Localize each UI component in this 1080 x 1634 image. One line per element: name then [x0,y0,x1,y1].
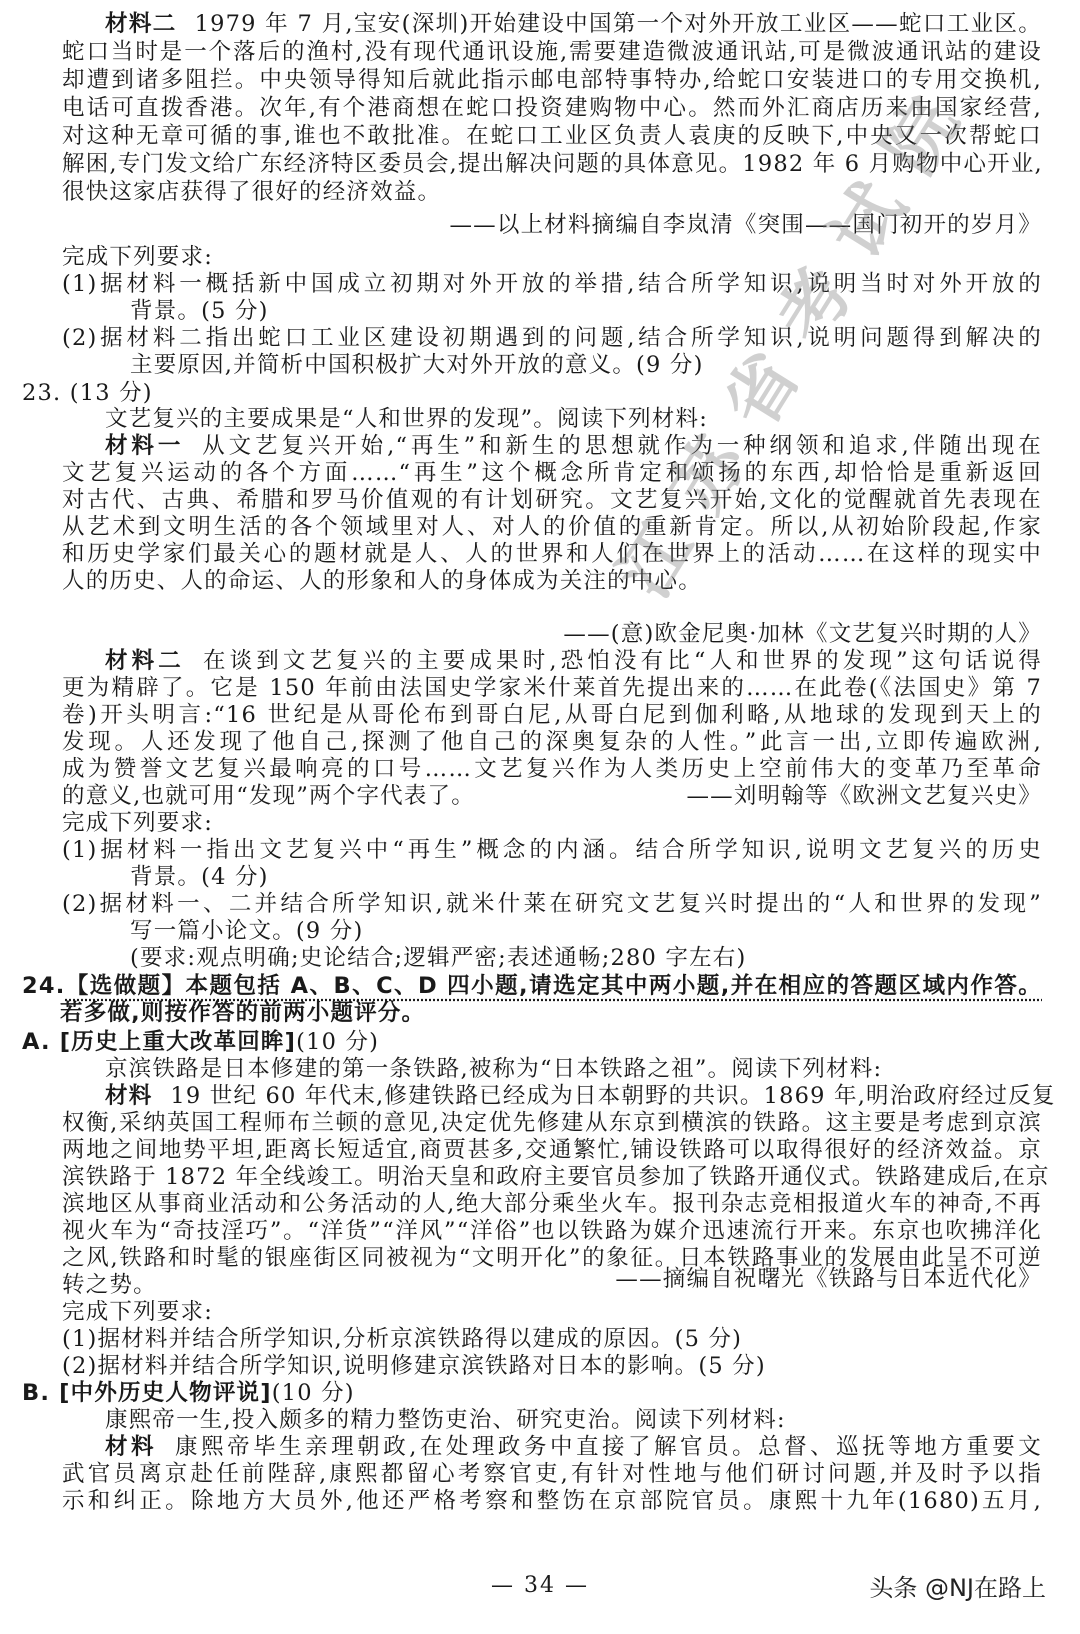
q24A-material-line: 滨地区从事商业活动和公务活动的人,绝大部分乘坐火车。报刊杂志竞相报道火车的神奇,… [62,1190,1042,1218]
q23-material2-line: 更为精辟了。它是 150 年前由法国史学家米什莱首先提出来的……在此卷(《法国史… [62,674,1042,702]
q23-header: 23. (13 分) [22,379,1042,407]
q23-req-1-cont: 背景。(4 分) [130,863,1042,891]
material-label: 材料 [105,1434,157,1460]
q23-material1-line: 对古代、古典、希腊和罗马价值观的有计划研究。文艺复兴开始,文化的觉醒就首先表现在 [62,486,1042,514]
q23-material2-line: 卷)开头明言:“16 世纪是从哥伦布到哥白尼,从哥白尼到伽利略,从地球的发现到天… [62,701,1042,729]
exam-page: 材料二1979 年 7 月,宝安(深圳)开始建设中国第一个对外开放工业区——蛇口… [0,0,1080,1634]
q23-material1-source: ——(意)欧金尼奥·加林《文艺复兴时期的人》 [62,620,1042,648]
q24A-material-line: 两地之间地势平坦,距离长短适宜,商贾甚多,交通繁忙,铺设铁路可以取得很好的经济效… [62,1136,1042,1164]
material-label: 材料二 [105,648,185,674]
q23-req-note: (要求:观点明确;史论结合;逻辑严密;表述通畅;280 字左右) [130,944,1042,972]
material-label: 材料一 [105,433,184,459]
q23-req-1: (1)据材料一指出文艺复兴中“再生”概念的内涵。结合所学知识,说明文艺复兴的历史 [62,836,1042,864]
q23-material1-line: 和历史学家们最关心的题材就是人、人的世界和人们在世界上的活动……在这样的现实中 [62,540,1042,568]
q24A-material-line: 权衡,采纳英国工程师布兰顿的意见,决定优先修建从东京到横滨的铁路。这主要是考虑到… [62,1109,1042,1137]
q23-requirements-intro: 完成下列要求: [62,809,1042,837]
material-label: 材料二 [105,11,177,37]
q23-req-2-cont: 写一篇小论文。(9 分) [130,917,1042,945]
q23-material1-line-1: 材料一从文艺复兴开始,“再生”和新生的思想就作为一种纲领和追求,伴随出现在 [105,432,1042,460]
q24A-req-1: (1)据材料并结合所学知识,分析京滨铁路得以建成的原因。(5 分) [62,1325,1042,1353]
q23-material1-line: 文艺复兴运动的各个方面……“再生”这个概念所肯定和颂扬的东西,却恰恰是重新返回 [62,459,1042,487]
q24B-intro: 康熙帝一生,投入颇多的精力整饬吏治、研究吏治。阅读下列材料: [105,1406,1042,1434]
q23-req-2: (2)据材料一、二并结合所学知识,就米什莱在研究文艺复兴时提出的“人和世界的发现… [62,890,1042,918]
q23-material2-line: 发现。人还发现了他自己,探测了他自己的深奥复杂的人性。”此言一出,立即传遍欧洲, [62,728,1042,756]
source-credit: 头条 @NJ在路上 [869,1568,1046,1603]
q24A-source: ——摘编自祝曙光《铁路与日本近代化》 [62,1265,1042,1293]
q23-material2-source: ——刘明翰等《欧洲文艺复兴史》 [62,782,1042,810]
q24A-title: A. [历史上重大改革回眸](10 分) [22,1028,1042,1056]
q22-material2-line-1: 材料二1979 年 7 月,宝安(深圳)开始建设中国第一个对外开放工业区——蛇口… [105,10,1042,38]
q23-intro: 文艺复兴的主要成果是“人和世界的发现”。阅读下列材料: [105,405,1042,433]
q24A-req-intro: 完成下列要求: [62,1298,1042,1326]
q24B-material-line: 示和纠正。除地方大员外,他还严格考察和整饬在京部院官员。康熙十九年(1680)五… [62,1487,1042,1515]
q24-header-line-1: 24.【选做题】本题包括 A、B、C、D 四小题,请选定其中两小题,并在相应的答… [22,972,1042,1000]
q24A-req-2: (2)据材料并结合所学知识,说明修建京滨铁路对日本的影响。(5 分) [62,1352,1042,1380]
q22-req-2: (2)据材料二指出蛇口工业区建设初期遇到的问题,结合所学知识,说明问题得到解决的 [62,324,1042,352]
q22-material2-line: 蛇口当时是一个落后的渔村,没有现代通讯设施,需要建造微波通讯站,可是微波通讯站的… [62,38,1042,66]
q23-material2-line: 成为赞誉文艺复兴最响亮的口号……文艺复兴作为人类历史上空前伟大的变革乃至革命 [62,755,1042,783]
q24B-material-line-1: 材料康熙帝毕生亲理朝政,在处理政务中直接了解官员。总督、巡抚等地方重要文 [105,1433,1042,1461]
q24B-material-line: 武官员离京赴任前陛辞,康熙都留心考察官吏,有针对性地与他们研讨问题,并及时予以指 [62,1460,1042,1488]
q24A-intro: 京滨铁路是日本修建的第一条铁路,被称为“日本铁路之祖”。阅读下列材料: [105,1055,1042,1083]
q23-material1-line: 人的历史、人的命运、人的形象和人的身体成为关注的中心。 [62,567,1042,595]
q22-req-2-cont: 主要原因,并简析中国积极扩大对外开放的意义。(9 分) [130,351,1042,379]
q24A-material-line-1: 材料19 世纪 60 年代末,修建铁路已经成为日本朝野的共识。1869 年,明治… [105,1082,1042,1110]
q22-req-1: (1)据材料一概括新中国成立初期对外开放的举措,结合所学知识,说明当时对外开放的 [62,270,1042,298]
material-label: 材料 [105,1083,152,1109]
q24A-material-line: 滨铁路于 1872 年全线竣工。明治天皇和政府主要官员参加了铁路开通仪式。铁路建… [62,1163,1042,1191]
q23-material1-line: 从艺术到文明生活的各个领域里对人、对人的价值的重新肯定。所以,从初始阶段起,作家 [62,513,1042,541]
q23-material2-line-1: 材料二在谈到文艺复兴的主要成果时,恐怕没有比“人和世界的发现”这句话说得 [105,647,1042,675]
q22-req-1-cont: 背景。(5 分) [130,297,1042,325]
q24A-material-line: 视火车为“奇技淫巧”。“洋货”“洋风”“洋俗”也以铁路为媒介迅速流行开来。东京也… [62,1217,1042,1245]
q24-header-line-2: 若多做,则按作答的前两小题评分。 [60,999,1040,1027]
q24B-title: B. [中外历史人物评说](10 分) [22,1379,1042,1407]
